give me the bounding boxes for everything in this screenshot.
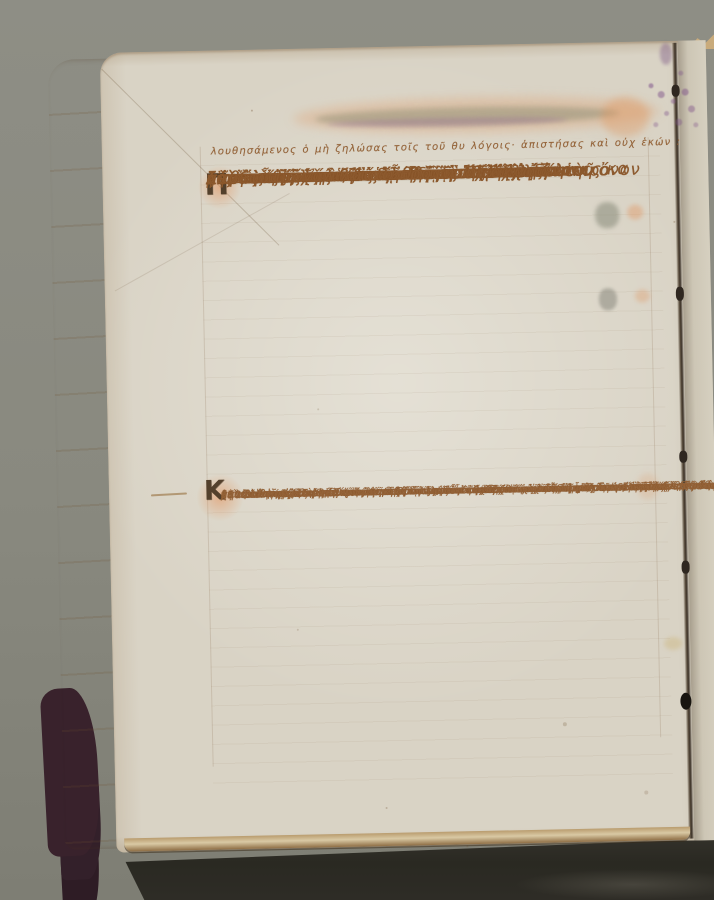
sewing-station	[679, 451, 687, 463]
purple-corner-smear	[660, 43, 672, 65]
sewing-station	[681, 561, 689, 574]
ruling-grid	[200, 137, 673, 786]
yellow-stain	[664, 637, 682, 650]
shadow-highlight	[514, 869, 714, 900]
manuscript-photo-scene: λουθησάμενος ὁ μὴ ζηλώσας τοῖς τοῦ θυ λό…	[0, 0, 714, 900]
stain-orange-blob	[601, 96, 650, 137]
foxing-specks	[251, 110, 253, 112]
sewing-station	[672, 85, 680, 97]
gray-stain	[595, 202, 620, 228]
purple-ink-spatter	[648, 83, 653, 88]
wormhole	[680, 693, 691, 710]
sewing-station	[676, 287, 684, 301]
codex-book: λουθησάμενος ὁ μὴ ζηλώσας τοῖς τοῦ θυ λό…	[42, 33, 714, 859]
manuscript-page: λουθησάμενος ὁ μὴ ζηλώσας τοῖς τοῦ θυ λό…	[100, 40, 714, 853]
gray-stain	[599, 288, 617, 310]
paragraphos-mark	[151, 492, 187, 496]
